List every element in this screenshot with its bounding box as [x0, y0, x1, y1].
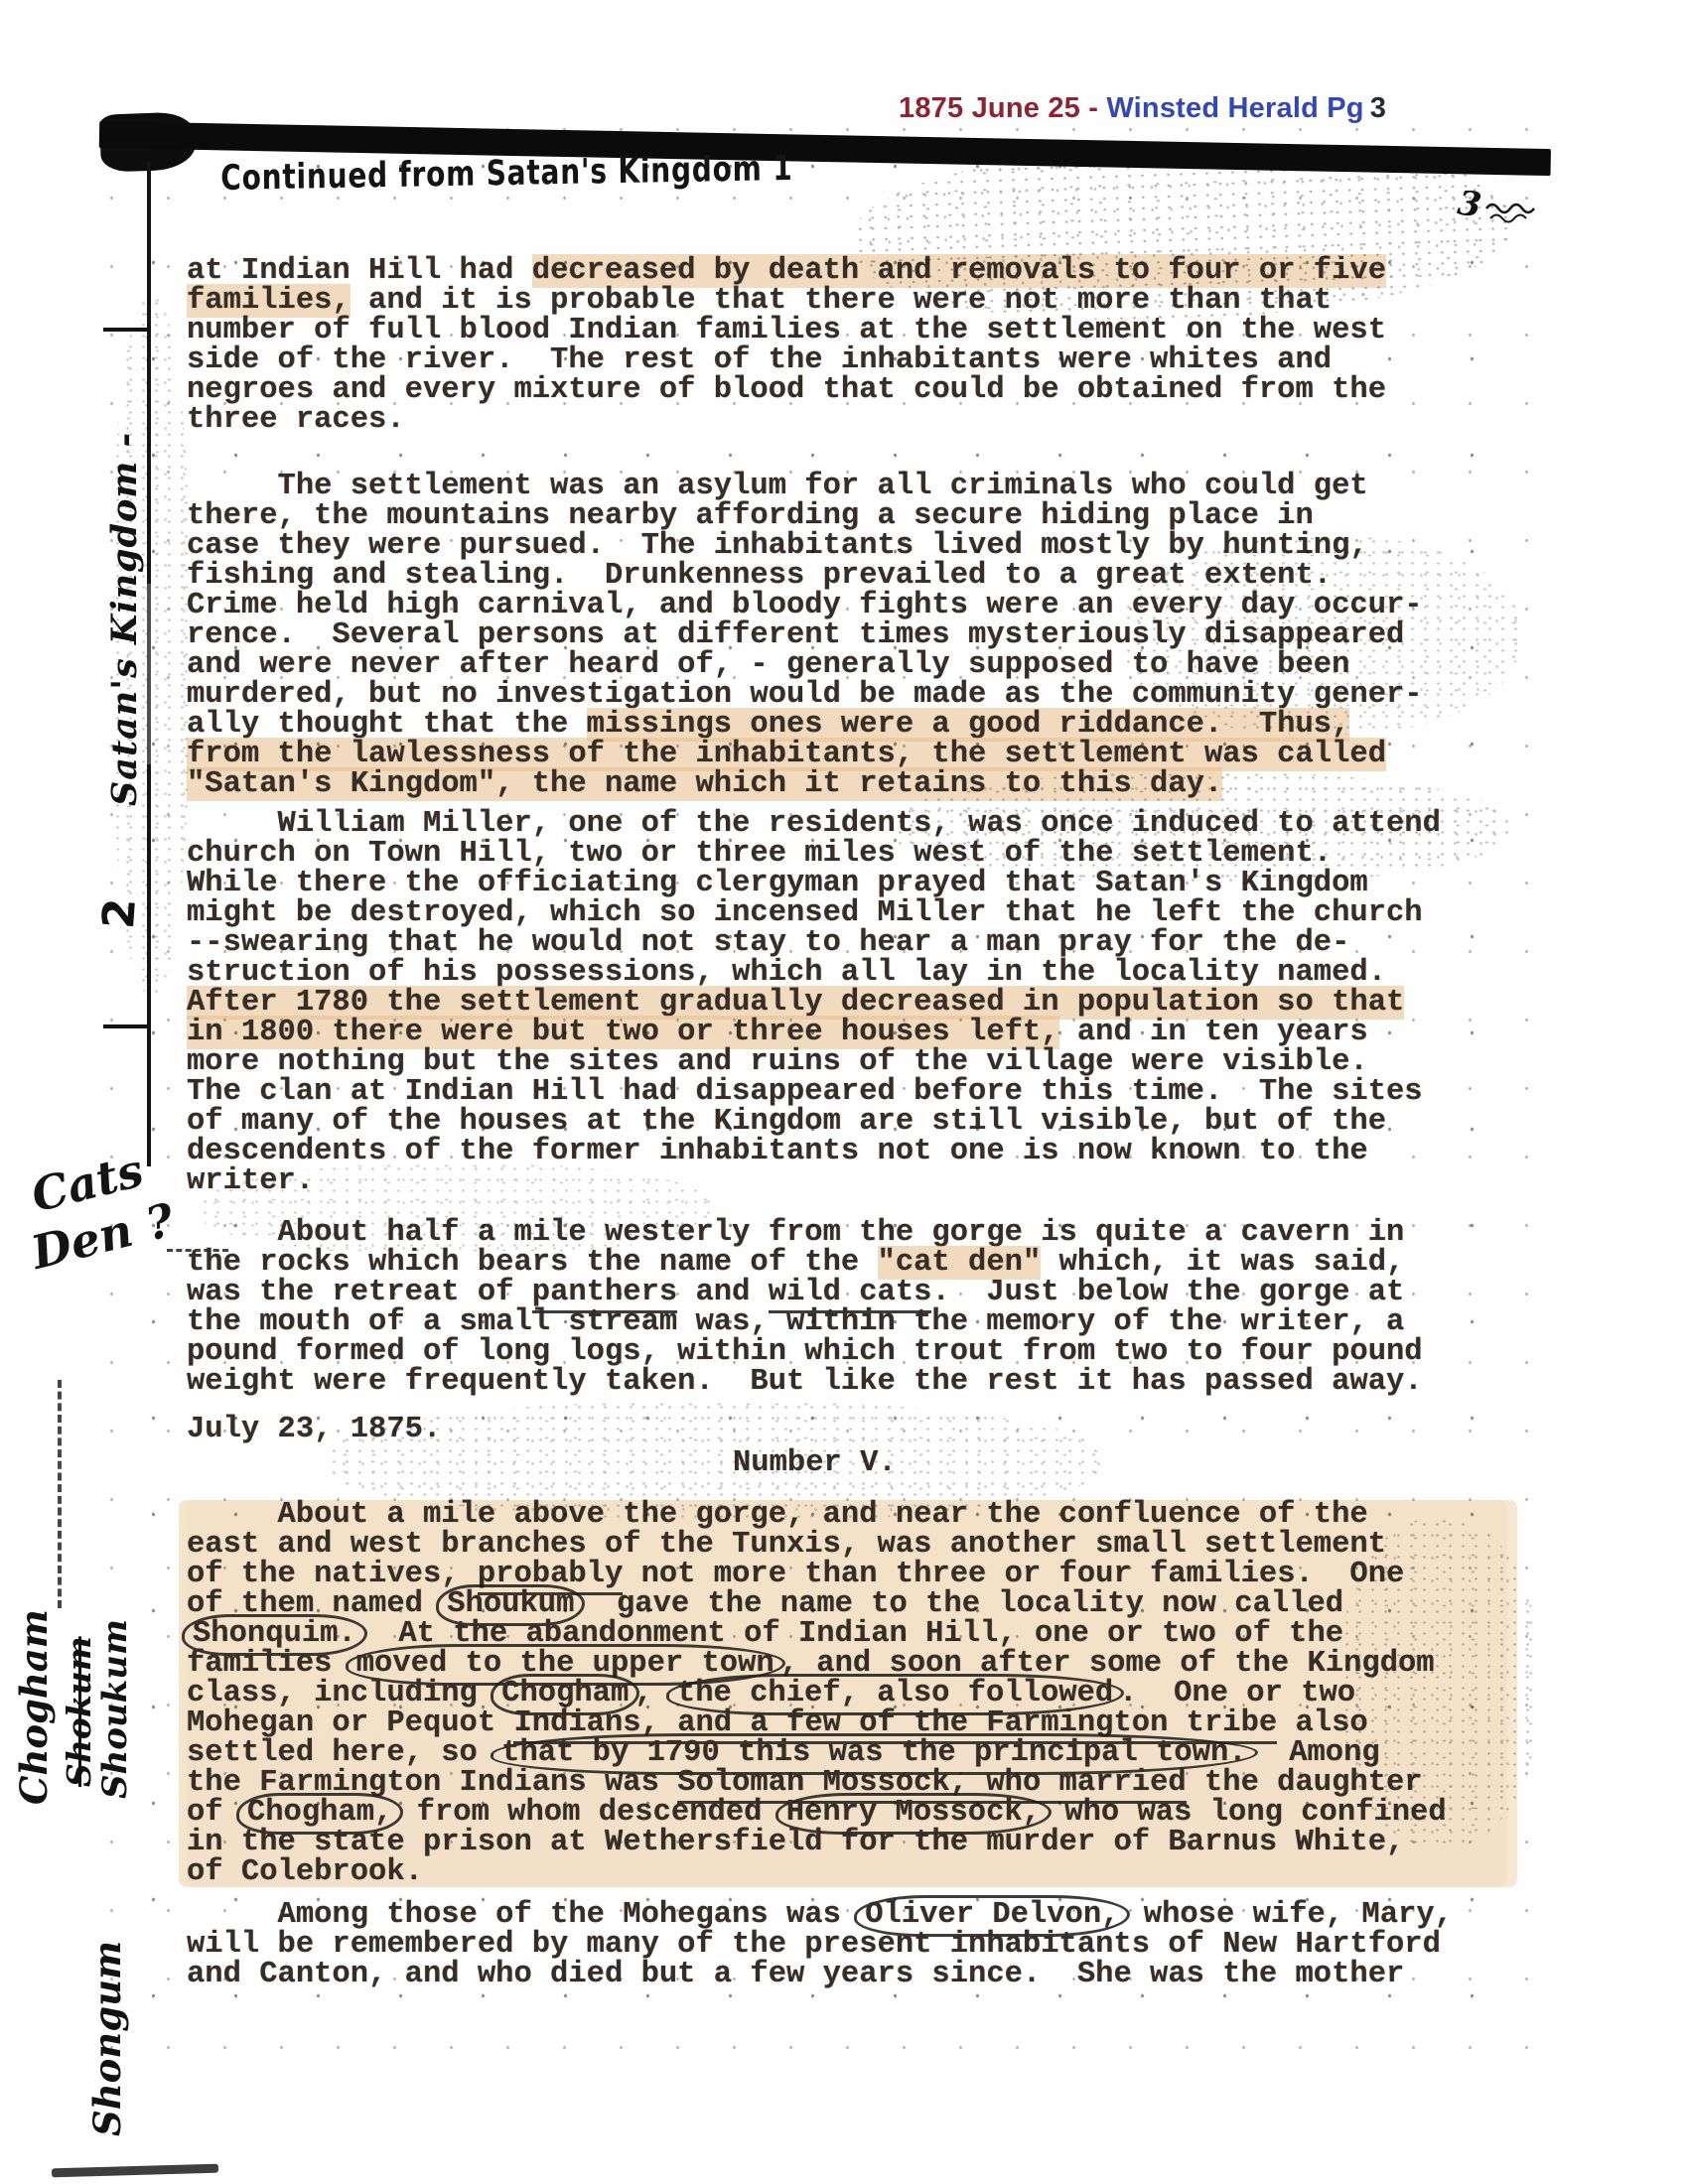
typewritten-paragraph-3: William Miller, one of the residents, wa… [187, 809, 1507, 1196]
margin-note-shoukum: Shoukum [95, 1619, 135, 1799]
margin-note-number: 2 [97, 896, 143, 930]
text-segment-plain: from whom descended [398, 1796, 779, 1830]
header-page-number: 3 [1364, 92, 1386, 124]
margin-note-chogham: Chogham [14, 1609, 54, 1805]
corner-page-mark: 3 [1455, 184, 1483, 226]
section-heading: Number V. [733, 1448, 1031, 1478]
margin-note-shokum-crossed-out: Shokum [60, 1636, 99, 1787]
margin-note-cats-den: Cats Den ? [26, 1138, 180, 1278]
header-caption: 1875 June 25 - Winsted Herald Pg3 [899, 91, 1386, 125]
text-segment-plain: Among those of the Mohegans was [187, 1898, 859, 1932]
text-segment-plain: gave the name to the locality now called [580, 1587, 1343, 1621]
text-segment-plain: William Miller, one of the residents, wa… [187, 807, 1441, 990]
margin-tick-top [103, 328, 148, 332]
margin-vertical-line [147, 162, 151, 1166]
text-segment-highlighted: "cat den" [878, 1246, 1042, 1280]
header-separator: - [1080, 92, 1106, 124]
bottom-ink-smear [52, 2164, 218, 2178]
header-date: 1875 June 25 [899, 92, 1080, 124]
text-segment-plain: The settlement was an asylum for all cri… [187, 470, 1423, 742]
typewritten-paragraph-2: The settlement was an asylum for all cri… [187, 472, 1507, 799]
margin-note-shongum: Shongum [87, 1941, 127, 2136]
text-segment-plain: at Indian Hill had [187, 254, 532, 288]
text-segment-plain: and [677, 1276, 769, 1309]
corner-squiggle-icon [1484, 199, 1536, 224]
typewritten-paragraph-6: Among those of the Mohegans was Oliver D… [187, 1900, 1507, 1989]
date-line: July 23, 1875. [187, 1415, 584, 1444]
typewritten-paragraph-4: About half a mile westerly from the gorg… [187, 1218, 1507, 1397]
header-source: Winsted Herald Pg [1106, 92, 1363, 124]
margin-tick-bottom [103, 1024, 148, 1028]
typewritten-paragraph-5-highlighted: About a mile above the gorge, and near t… [187, 1500, 1507, 1887]
handwritten-continued-note: Continued from Satan's Kingdom 1 [220, 149, 793, 199]
typewritten-paragraph-1: at Indian Hill had decreased by death an… [187, 256, 1507, 435]
text-segment-plain: and it is probable that there were not m… [187, 284, 1386, 437]
document-scan-page: 1875 June 25 - Winsted Herald Pg3 Contin… [0, 0, 1688, 2184]
margin-dashed-line [58, 1380, 62, 1608]
margin-note-satans-kingdom: Satan's Kingdom - [105, 432, 145, 806]
